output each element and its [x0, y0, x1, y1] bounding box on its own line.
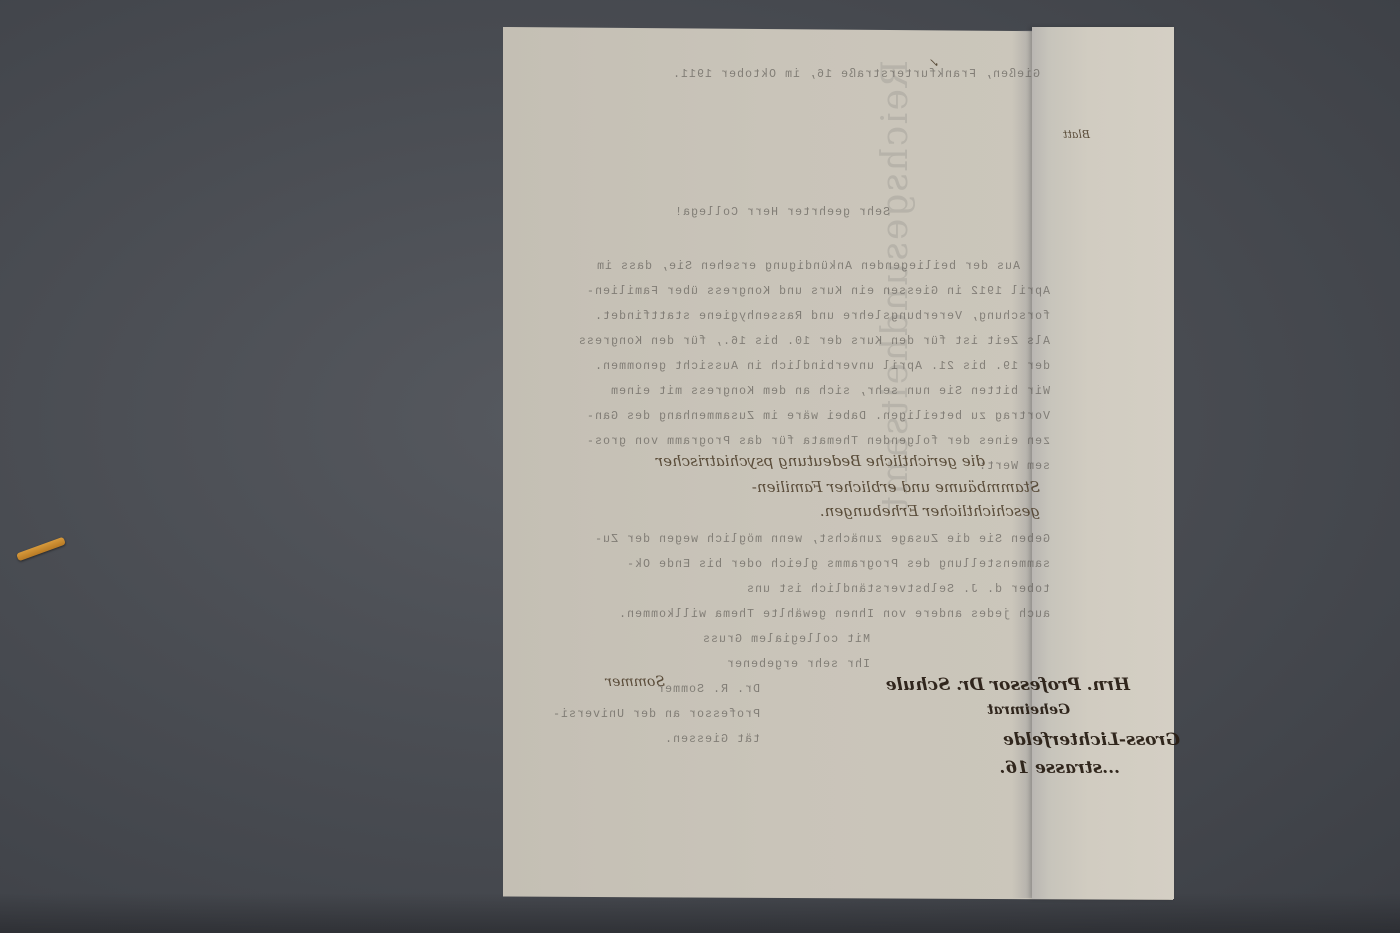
margin-note: Blatt: [1063, 128, 1090, 141]
body-line-6: Wir bitten Sie nun sehr, sich an dem Kon…: [610, 385, 1050, 398]
closing-signoff: Ihr sehr ergebener: [726, 658, 870, 671]
sender-name: Dr. R. Sommer: [656, 683, 760, 696]
dateline: Gießen, Frankfurterstraße 16, im Oktober…: [672, 68, 1040, 81]
table-surface-shadow: [0, 893, 1400, 933]
handwritten-insert-2: Stammbäume und erblicher Familien-: [752, 478, 1040, 496]
recipient-line-1: Hrn. Professor Dr. Schule: [886, 675, 1130, 695]
mirrored-letter-content: Gießen, Frankfurterstraße 16, im Oktober…: [540, 50, 1060, 810]
body-line-13: auch jedes andere von Ihnen gewählte The…: [618, 608, 1050, 621]
recipient-line-4: ...strasse 16.: [999, 758, 1120, 778]
salutation: Sehr geehrter Herr Collega!: [674, 206, 890, 219]
recipient-line-3: Gross-Lichterfelde: [1003, 730, 1180, 750]
body-line-5: der 19. bis 21. April unverbindlich in A…: [594, 360, 1050, 373]
body-line-1: Aus der beiliegenden Ankündigung ersehen…: [596, 260, 1020, 273]
orange-paper-strip: [16, 537, 66, 562]
handwritten-insert-3: geschichtlicher Erhebungen.: [820, 502, 1040, 520]
body-line-2: April 1912 in Giessen ein Kurs und Kongr…: [586, 285, 1050, 298]
body-line-8: zen eines der folgenden Themata für das …: [586, 435, 1050, 448]
sender-title-1: Professor an der Universi-: [552, 708, 760, 721]
body-line-11: sammenstellung des Programms gleich oder…: [626, 558, 1050, 571]
sender-signature: Sommer: [605, 674, 665, 690]
sender-title-2: tät Giessen.: [664, 733, 760, 746]
recipient-line-2: Geheimrat: [987, 702, 1070, 718]
body-line-7: Vortrag zu beteiligen. Dabei wäre im Zus…: [586, 410, 1050, 423]
body-line-4: Als Zeit ist für den Kurs der 10. bis 16…: [578, 335, 1050, 348]
body-line-9: sem Wert:: [978, 460, 1050, 473]
handwritten-date-mark: ✓: [930, 56, 940, 70]
body-line-3: forschung, Vererbungslehre und Rassenhyg…: [594, 310, 1050, 323]
body-line-10: Geben Sie die Zusage zunächst, wenn mögl…: [594, 533, 1050, 546]
closing-greeting: Mit collegialem Gruss: [702, 633, 870, 646]
handwritten-insert-1: die gerichtliche Bedeutung psychiatrisch…: [656, 452, 985, 470]
body-line-12: tober d. J. Selbstverständlich ist uns: [746, 583, 1050, 596]
